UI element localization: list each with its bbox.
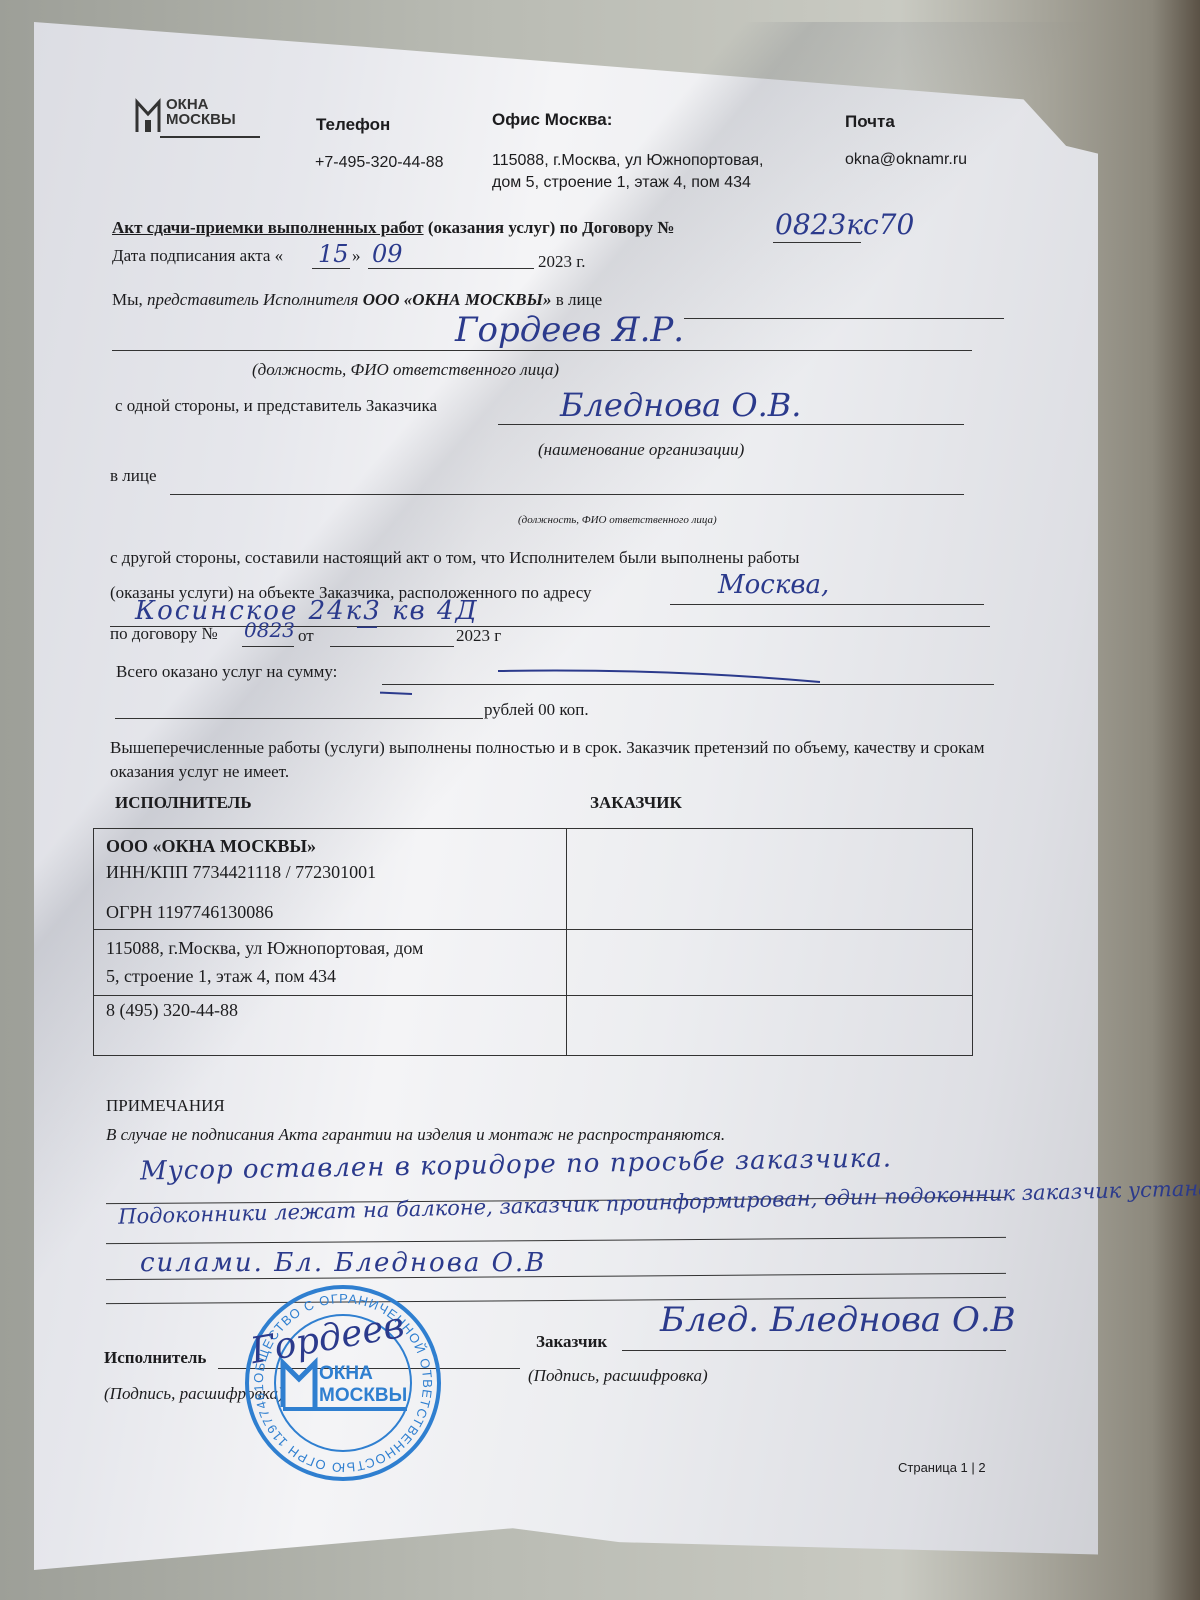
- rep-line-a: [684, 318, 1004, 319]
- by-contract-label: по договору №: [110, 624, 218, 644]
- by-contract-no-handwritten: 0823: [244, 618, 295, 642]
- executor-cell-company: ООО «ОКНА МОСКВЫ» ИНН/КПП 7734421118 / 7…: [94, 829, 567, 930]
- act-title-rest: (оказания услуг) по Договору №: [428, 218, 675, 237]
- customer-sign-line: [622, 1350, 1006, 1351]
- in-person-line: [170, 494, 964, 495]
- requisites-row: ООО «ОКНА МОСКВЫ» ИНН/КПП 7734421118 / 7…: [94, 829, 973, 930]
- rubles-text: рублей 00 коп.: [484, 700, 589, 720]
- contract-no-handwritten: 0823кс70: [775, 208, 914, 241]
- executor-inn-kpp: ИНН/КПП 7734421118 / 772301001: [106, 859, 554, 885]
- customer-signature-handwritten: Блед. Бледнова О.В: [660, 1300, 1016, 1340]
- page-number: Страница 1 | 2: [898, 1460, 986, 1475]
- executor-name: ООО «ОКНА МОСКВЫ»: [106, 833, 554, 859]
- we-paragraph: Мы, представитель Исполнителя ООО «ОКНА …: [112, 290, 602, 310]
- notes-warning: В случае не подписания Акта гарантии на …: [106, 1125, 725, 1145]
- contract-no-line: [773, 242, 861, 243]
- from-year: 2023 г: [456, 626, 501, 646]
- mail-value: okna@oknamr.ru: [845, 149, 967, 171]
- requisites-table: ООО «ОКНА МОСКВЫ» ИНН/КПП 7734421118 / 7…: [93, 828, 973, 1056]
- we-prefix: Мы,: [112, 290, 147, 309]
- mail-label: Почта: [845, 112, 895, 132]
- total-dash-handwritten: [380, 662, 840, 702]
- other-side-text: с другой стороны, составили настоящий ак…: [110, 548, 799, 568]
- customer-cell-phone: [567, 996, 973, 1056]
- executor-address-1: 115088, г.Москва, ул Южнопортовая, дом: [106, 934, 554, 962]
- requisites-row: 115088, г.Москва, ул Южнопортовая, дом 5…: [94, 930, 973, 996]
- from-label: от: [298, 626, 314, 646]
- requisites-row: 8 (495) 320-44-88: [94, 996, 973, 1056]
- total-label: Всего оказано услуг на сумму:: [116, 662, 337, 682]
- by-contract-line: [242, 646, 294, 647]
- we-company: ООО «ОКНА МОСКВЫ»: [363, 290, 552, 309]
- date-day-line: [312, 268, 350, 269]
- executor-rep-caption: (должность, ФИО ответственного лица): [252, 360, 559, 380]
- date-month-line: [368, 268, 534, 269]
- address-line-a: [670, 604, 984, 605]
- customer-cell-company: [567, 829, 973, 930]
- company-stamp: ОБЩЕСТВО С ОГРАНИЧЕННОЙ ОТВЕТСТВЕННОСТЬЮ…: [243, 1283, 443, 1483]
- logo-line1: ОКНА: [166, 97, 236, 112]
- address-handwritten-2: Косинское 24к3 кв 4Д: [135, 596, 479, 626]
- in-person-label: в лице: [110, 466, 157, 486]
- executor-cell-address: 115088, г.Москва, ул Южнопортовая, дом 5…: [94, 930, 567, 996]
- address-handwritten-1: Москва,: [718, 570, 829, 600]
- statement-text: Вышеперечисленные работы (услуги) выполн…: [110, 736, 990, 784]
- logo-underline: [160, 136, 260, 138]
- office-label: Офис Москва:: [492, 110, 612, 130]
- executor-cell-phone: 8 (495) 320-44-88: [94, 996, 567, 1056]
- phone-label: Телефон: [316, 115, 390, 135]
- date-mid: »: [352, 246, 361, 266]
- date-label: Дата подписания акта «: [112, 246, 283, 266]
- executor-rep-handwritten: Гордеев Я.Р.: [455, 310, 684, 350]
- one-side-text: с одной стороны, и представитель Заказчи…: [115, 396, 437, 416]
- act-title-main: Акт сдачи-приемки выполненных работ: [112, 218, 424, 237]
- notes-heading: ПРИМЕЧАНИЯ: [106, 1096, 225, 1116]
- okna-moskvy-logo-icon: [135, 98, 161, 134]
- customer-rep-line: [498, 424, 964, 425]
- executor-phone: 8 (495) 320-44-88: [106, 1000, 554, 1021]
- rubles-line: [115, 718, 483, 719]
- logo-line2: МОСКВЫ: [166, 112, 236, 127]
- customer-rep-handwritten: Бледнова О.В.: [560, 386, 801, 424]
- customer-heading: ЗАКАЗЧИК: [590, 793, 682, 813]
- we-italic: представитель Исполнителя: [147, 290, 363, 309]
- office-line2: дом 5, строение 1, этаж 4, пом 434: [492, 172, 751, 194]
- executor-sign-label: Исполнитель: [104, 1348, 206, 1368]
- executor-heading: ИСПОЛНИТЕЛЬ: [115, 793, 252, 813]
- in-person-caption: (должность, ФИО ответственного лица): [518, 514, 717, 526]
- logo-text: ОКНА МОСКВЫ: [166, 97, 236, 127]
- customer-sign-label: Заказчик: [536, 1332, 607, 1352]
- stamp-inner-line1: ОКНА: [319, 1363, 373, 1384]
- date-month-handwritten: 09: [372, 240, 403, 268]
- address-line-b: [110, 626, 990, 627]
- from-date-handwritten: —: [356, 614, 378, 639]
- phone-value: +7-495-320-44-88: [315, 152, 444, 174]
- org-caption: (наименование организации): [538, 440, 744, 460]
- executor-address-2: 5, строение 1, этаж 4, пом 434: [106, 962, 554, 990]
- date-year: 2023 г.: [538, 252, 586, 272]
- from-date-line: [330, 646, 454, 647]
- date-day-handwritten: 15: [318, 240, 349, 268]
- notes-handwritten-3: силами. Бл. Бледнова О.В: [140, 1248, 546, 1278]
- stamp-inner-line2: МОСКВЫ: [319, 1385, 407, 1406]
- customer-sign-caption: (Подпись, расшифровка): [528, 1366, 708, 1386]
- we-suffix: в лице: [551, 290, 602, 309]
- office-line1: 115088, г.Москва, ул Южнопортовая,: [492, 150, 763, 172]
- executor-ogrn: ОГРН 1197746130086: [106, 899, 554, 925]
- act-title: Акт сдачи-приемки выполненных работ (ока…: [112, 218, 674, 238]
- customer-cell-address: [567, 930, 973, 996]
- rep-line-b: [112, 350, 972, 351]
